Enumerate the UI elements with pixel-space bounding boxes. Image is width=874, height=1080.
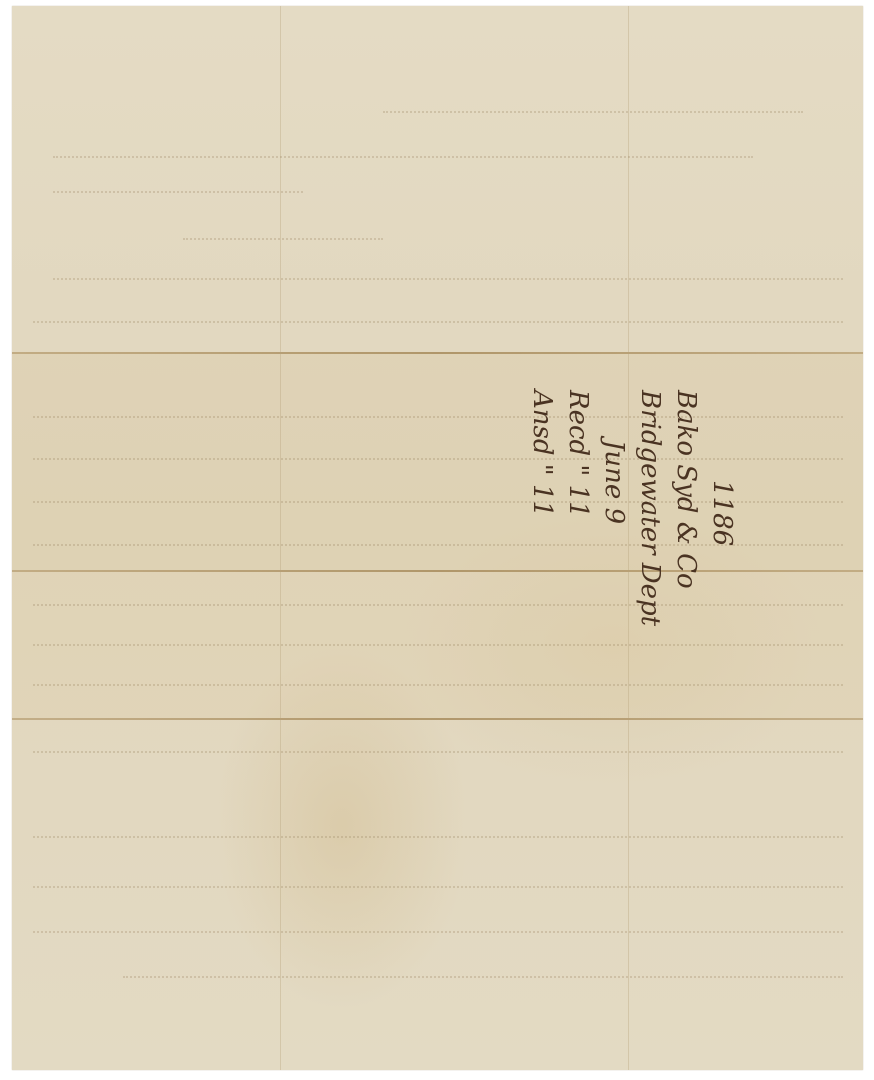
bleed-line: ~~~~~~~~~~~~ (33, 921, 843, 933)
bleed-line: ~~~~~~~~ (183, 228, 383, 240)
bleed-line: ~~~~~~~~~~~~~~~~~~~~~~~~~~ (33, 826, 843, 838)
bleed-line: ~~~~~~~~~~~~~~~~~~~~~~~~~~~~ (33, 741, 843, 753)
docket-annotation-rotated: 1186 Bako Syd & Co Bridgewater Dept June… (524, 390, 740, 626)
docket-line-correspondent: Bako Syd & Co (668, 390, 704, 626)
docket-line-date: June 9 (596, 390, 632, 626)
docket-annotation: 1186 Bako Syd & Co Bridgewater Dept June… (560, 390, 860, 690)
docket-line-received: Recd " 11 (560, 390, 596, 626)
bleed-line: ~~~~~~~~~~~~~~~~~ (53, 146, 753, 158)
docket-line-number: 1186 (704, 390, 740, 626)
docket-line-answered: Ansd " 11 (524, 390, 560, 626)
docket-line-department: Bridgewater Dept (632, 390, 668, 626)
bleed-line: ~~~~~~~~~~~~~~~~~~~~~~~~ (33, 876, 843, 888)
bleed-line: ~~~~~~~~~~~~~~~~~~~~~~~~~~~~ (33, 311, 843, 323)
bleed-line: ~~~~~~~~~~~~~~~~~~ (383, 101, 803, 113)
bleed-line: ~~~~~~~~ (53, 181, 303, 193)
bleed-line: ~~~~~~~~~~~~~~~~ (123, 966, 843, 978)
bleed-line: ~~~~~~~~~~~~~~~~~~~~~~~~~~ (53, 268, 843, 280)
